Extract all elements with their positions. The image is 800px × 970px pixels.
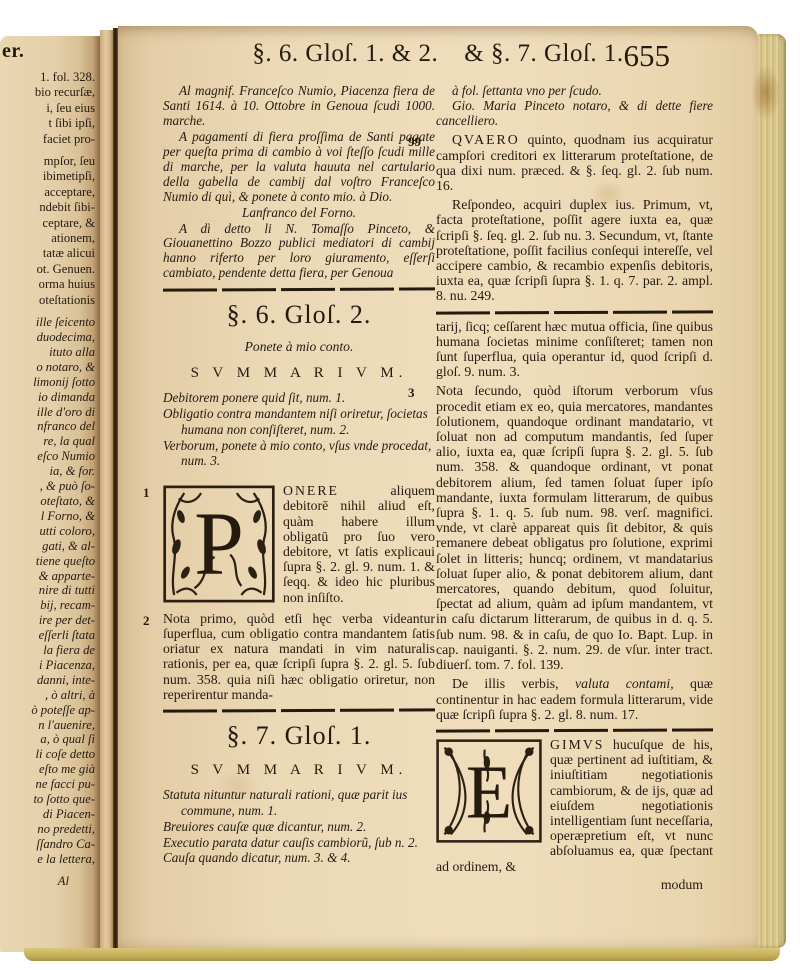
column-left: Al magnif. Franceſco Numio, Piacenza fie… <box>163 84 435 866</box>
margin-note-line: l Forno, & <box>1 509 95 524</box>
paragraph-lead-word: QVAERO <box>436 132 520 147</box>
margin-note-line: to ſotto que- <box>1 792 95 807</box>
summary-list: Debitorem ponere quid ſit, num. 1.Obliga… <box>163 390 435 469</box>
running-title-right: & §. 7. Gloſ. 1. <box>464 40 623 68</box>
margin-note-line: di Piacen- <box>1 807 95 822</box>
paragraph-text: Nota primo, quòd etſi hęc verba videantu… <box>163 611 435 702</box>
margin-note-line: duodecima, <box>1 330 95 345</box>
margin-note-line: ndebit ſibi- <box>1 200 95 215</box>
summary-item: Verborum, ponete à mio conto, vſus vnde … <box>163 438 435 470</box>
catchword: Al <box>1 874 95 889</box>
margin-note-line: ille ſeicento <box>1 315 95 330</box>
summary-item: Statuta nituntur naturali rationi, quæ p… <box>163 787 435 819</box>
summary-item: Executio parata datur cauſis cambiorũ, ſ… <box>163 835 435 851</box>
marginal-number: 99 <box>408 134 421 149</box>
letter-paragraph: Al magnif. Franceſco Numio, Piacenza fie… <box>163 84 435 128</box>
margin-note-line: ille d'oro di <box>1 405 95 420</box>
margin-note-line: faciet pro- <box>1 132 95 147</box>
margin-note-line: eſto me già <box>1 762 95 777</box>
margin-note-line: 1. fol. 328. <box>1 70 95 85</box>
paragraph-lead-word: GIMVS <box>550 737 604 752</box>
paragraph-text: Nota ſecundo, quòd iſtorum verborum vſus… <box>436 383 713 672</box>
margin-note-line: nfranco del <box>1 419 95 434</box>
gutter-valley <box>100 30 113 954</box>
body-paragraph: 99 QVAERO quinto, quodnam ius acquiratur… <box>436 132 713 193</box>
paragraph-text: aliquem debitorē nihil aliud eſt, quàm h… <box>283 483 435 604</box>
paragraph-lead-word: ONERE <box>283 483 339 498</box>
svg-text:P: P <box>194 495 244 594</box>
book-page: §. 6. Gloſ. 1. & 2. & §. 7. Gloſ. 1. 655… <box>118 26 758 952</box>
margin-note-line: la fiera de <box>1 643 95 658</box>
summary-item: Breuiores cauſæ quæ dicantur, num. 2. <box>163 819 435 835</box>
body-paragraph: Reſpondeo, acquiri duplex ius. Primum, v… <box>436 197 713 303</box>
margin-note-line: mpſor, ſeu <box>1 154 95 169</box>
margin-note-line: i, ſeu eius <box>1 101 95 116</box>
margin-note-line: re, la qual <box>1 434 95 449</box>
marginal-number: 1 <box>143 485 150 500</box>
facing-page-sliver: er. 1. fol. 328.bio recurſæ,i, ſeu eiust… <box>0 36 100 952</box>
margin-note-line: ia, & for. <box>1 464 95 479</box>
margin-note-line: ationem, <box>1 231 95 246</box>
section-rule <box>436 728 713 732</box>
running-header-fragment: er. <box>2 40 24 63</box>
catchword: modum <box>436 877 713 892</box>
margin-note-line: ituto alla <box>1 345 95 360</box>
margin-note-group: ille ſeicentoduodecima,ituto allao notar… <box>1 315 95 867</box>
margin-note-line: io dimanda <box>1 390 95 405</box>
summary-item: Obligatio contra mandantem niſi oriretur… <box>163 406 435 438</box>
section-subtitle: Ponete à mio conto. <box>163 339 435 354</box>
margin-note-line: danni, inte- <box>1 673 95 688</box>
svg-text:E: E <box>466 749 513 834</box>
margin-note-line: n l'auenire, <box>1 718 95 733</box>
margin-note-line: ceptare, & <box>1 216 95 231</box>
summary-list: Statuta nituntur naturali rationi, quæ p… <box>163 787 435 866</box>
page-number: 655 <box>624 38 671 74</box>
margin-note-column: 1. fol. 328.bio recurſæ,i, ſeu eiust ſib… <box>1 70 95 889</box>
section-rule <box>436 310 713 314</box>
drop-cap-initial-p: P <box>163 485 275 603</box>
margin-note-line: eſco Numio <box>1 449 95 464</box>
margin-note-line: a, ò qual ſi <box>1 732 95 747</box>
body-paragraph: 1 <box>163 483 435 605</box>
body-paragraph: De illis verbis, valuta contami, quæ con… <box>436 676 713 722</box>
margin-note-group: mpſor, ſeuibimetipſi,acceptare,ndebit ſi… <box>1 154 95 308</box>
emphasized-phrase: valuta contami <box>575 676 670 691</box>
body-paragraph: 2 Nota primo, quòd etſi hęc verba videan… <box>163 611 435 702</box>
fore-edge <box>758 34 786 948</box>
margin-note-line: ot. Genuen. <box>1 262 95 277</box>
margin-note-line: , & può ſo- <box>1 479 95 494</box>
page-header: §. 6. Gloſ. 1. & 2. & §. 7. Gloſ. 1. 655 <box>118 36 758 80</box>
body-paragraph: 3 Nota ſecundo, quòd iſtorum verborum vſ… <box>436 383 713 672</box>
bottom-edge <box>24 948 780 961</box>
margin-note-line: bio recurſæ, <box>1 85 95 100</box>
column-right: à fol. ſettanta vno per ſcudo. Gio. Mari… <box>436 84 713 892</box>
section-rule <box>163 287 435 291</box>
note-paragraph: Gio. Maria Pinceto notaro, & di dette fi… <box>436 99 713 129</box>
margin-note-line: limonij ſotto <box>1 375 95 390</box>
running-title-left: §. 6. Gloſ. 1. & 2. <box>252 40 438 68</box>
margin-note-line: o notaro, & <box>1 360 95 375</box>
margin-note-line: tiene queſto <box>1 554 95 569</box>
margin-note-line: li coſe detto <box>1 747 95 762</box>
summarium-heading: S V M M A R I V M. <box>163 763 435 778</box>
margin-note-line: ibimetipſi, <box>1 169 95 184</box>
margin-note-line: oteſtato, & <box>1 494 95 509</box>
summary-item: Debitorem ponere quid ſit, num. 1. <box>163 390 435 406</box>
margin-note-line: t ſibi ipſi, <box>1 116 95 131</box>
margin-note-line: e la lettera, <box>1 852 95 867</box>
paragraph-text: De illis verbis, <box>452 676 575 691</box>
margin-note-line: & apparte- <box>1 569 95 584</box>
margin-note-line: utti coloro, <box>1 524 95 539</box>
note-paragraph: à fol. ſettanta vno per ſcudo. <box>436 84 713 99</box>
letter-paragraph: A dì detto li N. Tomaſſo Pinceto, & Giou… <box>163 222 435 281</box>
margin-note-line: tatæ alicui <box>1 246 95 261</box>
margin-note-line: , ò altri, à <box>1 688 95 703</box>
margin-note-line: acceptare, <box>1 185 95 200</box>
margin-note-line: ſſandro Ca- <box>1 837 95 852</box>
margin-note-line: gati, & al- <box>1 539 95 554</box>
margin-note-line: ire per det- <box>1 613 95 628</box>
letter-paragraph: A pagamenti di fiera proſſima de Santi p… <box>163 130 435 204</box>
margin-note-line: oteſtationis <box>1 293 95 308</box>
section-rule <box>163 708 435 712</box>
margin-note-line: i Piacenza, <box>1 658 95 673</box>
summarium-heading: S V M M A R I V M. <box>163 366 435 381</box>
marginal-number: 2 <box>143 613 150 628</box>
margin-note-line: orma huius <box>1 277 95 292</box>
signature-line: Lanfranco del Forno. <box>163 205 435 220</box>
margin-note-line: nire di tutti <box>1 583 95 598</box>
margin-note-line: ne facci pu- <box>1 777 95 792</box>
section-heading: §. 7. Gloſ. 1. <box>163 721 435 751</box>
margin-note-line: no predetti, <box>1 822 95 837</box>
marginal-number: 3 <box>408 385 415 400</box>
summary-item: Cauſa quando dicatur, num. 3. & 4. <box>163 850 435 866</box>
margin-note-line: bij, recam- <box>1 598 95 613</box>
body-paragraph: tarij, ſicq; ceſſarent hæc mutua officia… <box>436 319 713 380</box>
margin-note-line: eſſerli ſtata <box>1 628 95 643</box>
body-paragraph: E GIMVS hucuſque de his, quæ pertinent a… <box>436 737 713 874</box>
stain <box>746 60 786 138</box>
margin-note-line: ò poteſſe ap- <box>1 703 95 718</box>
margin-note-group: 1. fol. 328.bio recurſæ,i, ſeu eiust ſib… <box>1 70 95 147</box>
section-heading: §. 6. Gloſ. 2. <box>163 300 435 330</box>
drop-cap-initial-e: E <box>436 739 542 843</box>
